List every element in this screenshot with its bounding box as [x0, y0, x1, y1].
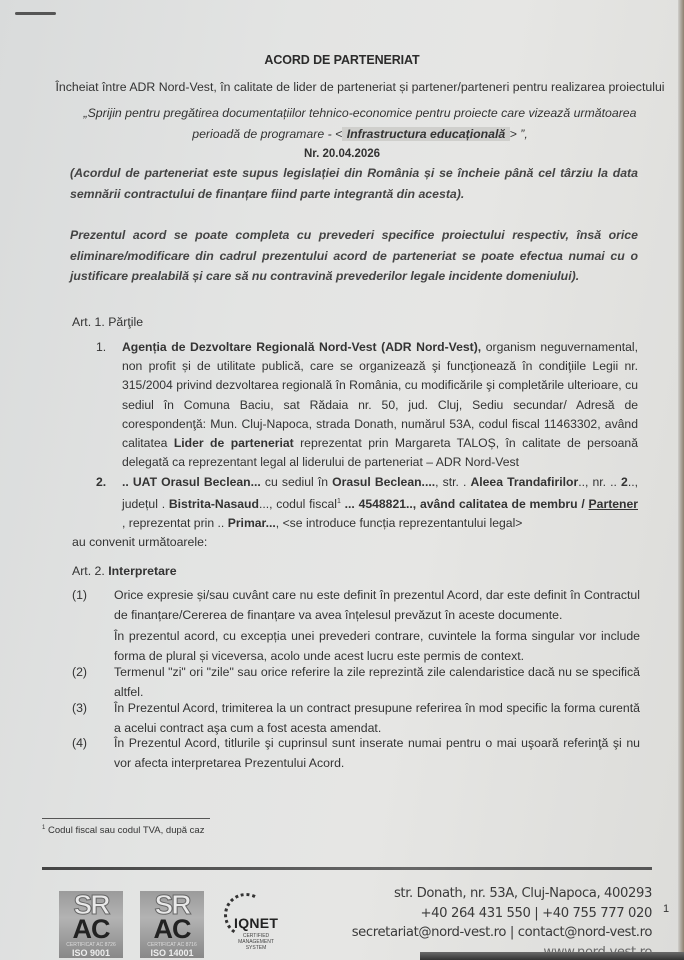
intro-paragraph-1: (Acordul de parteneriat este supus legis… — [70, 163, 638, 204]
footer-divider — [42, 867, 652, 870]
contact-emails[interactable]: secretariat@nord-vest.ro | contact@nord-… — [352, 923, 652, 943]
footnote-text: Codul fiscal sau codul TVA, după caz — [45, 825, 204, 836]
party-name: Agenția de Dezvoltare Regională Nord-Ves… — [122, 340, 481, 354]
document-number: Nr. 20.04.2026 — [0, 148, 684, 160]
iqnet-sub: CERTIFIED MANAGEMENT SYSTEM — [234, 933, 278, 951]
cert-iso: ISO 9001 — [59, 948, 123, 958]
iqnet-name: IQNET — [234, 915, 278, 931]
party-name: .. UAT Orasul Beclean... — [122, 475, 261, 489]
rep-value: Primar... — [228, 516, 276, 530]
clause-text: În Prezentul Acord, titlurile şi cuprins… — [114, 733, 640, 774]
project-title-line-1: „Sprijin pentru pregătirea documentațiil… — [40, 106, 680, 120]
corner-mark — [15, 12, 56, 15]
rep-label: , reprezentat prin .. — [122, 516, 228, 530]
clause-number: (3) — [72, 698, 87, 718]
article-2-title: Art. 2. Interpretare — [72, 564, 177, 578]
party-description: organism neguvernamental, non profit și … — [122, 340, 638, 450]
bottom-shadow — [420, 952, 684, 960]
footnote-divider — [42, 818, 210, 819]
cert-bottom: AC — [59, 917, 123, 941]
contact-phones[interactable]: +40 264 431 550 | +40 755 777 020 — [352, 904, 652, 924]
page-number: 1 — [663, 903, 669, 915]
clause-1: (1) Orice expresie și/sau cuvânt care nu… — [72, 585, 640, 667]
clause-number: (2) — [72, 662, 87, 682]
party-1: 1. Agenția de Dezvoltare Regională Nord-… — [96, 338, 638, 472]
street-label: , str. . — [435, 475, 470, 489]
party-role: Partener — [589, 497, 638, 511]
county-value: Bistrita-Nasaud — [169, 497, 259, 511]
clause-2: (2) Termenul "zi" ori "zile" sau orice r… — [72, 662, 640, 703]
seat-label: cu sediul în — [261, 475, 332, 489]
contact-block: str. Donath, nr. 53A, Cluj-Napoca, 40029… — [352, 884, 652, 960]
clause-text: Orice expresie și/sau cuvânt care nu est… — [114, 585, 640, 626]
clause-number: (1) — [72, 585, 87, 605]
page-edge — [678, 0, 684, 960]
party-number: 2. — [96, 473, 106, 492]
nr-value: 2 — [621, 475, 628, 489]
project-title-line-2: perioadă de programare - < Infrastructur… — [40, 127, 680, 141]
intro-paragraph-2: Prezentul acord se poate completa cu pre… — [70, 225, 638, 287]
seat-value: Orasul Beclean.... — [332, 475, 435, 489]
party-role: Lider de parteneriat — [174, 436, 294, 450]
street-value: Aleea Trandafirilor — [470, 475, 578, 489]
iqnet-logo: IQNET CERTIFIED MANAGEMENT SYSTEM — [220, 893, 280, 955]
cert-bottom: AC — [140, 917, 204, 941]
article-2-prefix: Art. 2. — [72, 564, 108, 578]
project-title-highlight: Infrastructura educațională — [342, 127, 509, 141]
fiscal-label: ..., codul fiscal — [259, 497, 337, 511]
document-title: ACORD DE PARTENERIAT — [0, 53, 684, 67]
rep-note: , <se introduce funcția reprezentantului… — [276, 516, 523, 530]
party-text: .. UAT Orasul Beclean... cu sediul în Or… — [122, 473, 638, 534]
fiscal-value: ... 4548821.., având calitatea de membru… — [341, 497, 589, 511]
project-title-suffix: > ”, — [510, 127, 528, 141]
srac-iso-9001-logo: SR AC CERTIFICAT AC 8726 ISO 9001 — [59, 891, 123, 958]
clause-text-2: În prezentul acord, cu excepția unei pre… — [114, 626, 640, 667]
nr-label: .., nr. .. — [578, 475, 621, 489]
party-2: 2. .. UAT Orasul Beclean... cu sediul în… — [96, 473, 638, 534]
party-text: Agenția de Dezvoltare Regională Nord-Ves… — [122, 338, 638, 472]
article-1-title: Art. 1. Părţile — [72, 315, 143, 329]
contact-address: str. Donath, nr. 53A, Cluj-Napoca, 40029… — [352, 884, 652, 904]
srac-iso-14001-logo: SR AC CERTIFICAT AC 8716 ISO 14001 — [140, 891, 204, 958]
clause-4: (4) În Prezentul Acord, titlurile şi cup… — [72, 733, 640, 774]
clause-text: Termenul "zi" ori "zile" sau orice refer… — [114, 662, 640, 703]
article-2-name: Interpretare — [108, 564, 176, 578]
project-title-prefix: perioadă de programare - < — [192, 127, 342, 141]
document-subtitle: Încheiat între ADR Nord-Vest, în calitat… — [40, 80, 680, 94]
footnote: 1 Codul fiscal sau codul TVA, după caz — [42, 825, 204, 836]
convened-text: au convenit următoarele: — [72, 535, 207, 549]
party-number: 1. — [96, 338, 106, 357]
clause-number: (4) — [72, 733, 87, 753]
cert-iso: ISO 14001 — [140, 948, 204, 958]
